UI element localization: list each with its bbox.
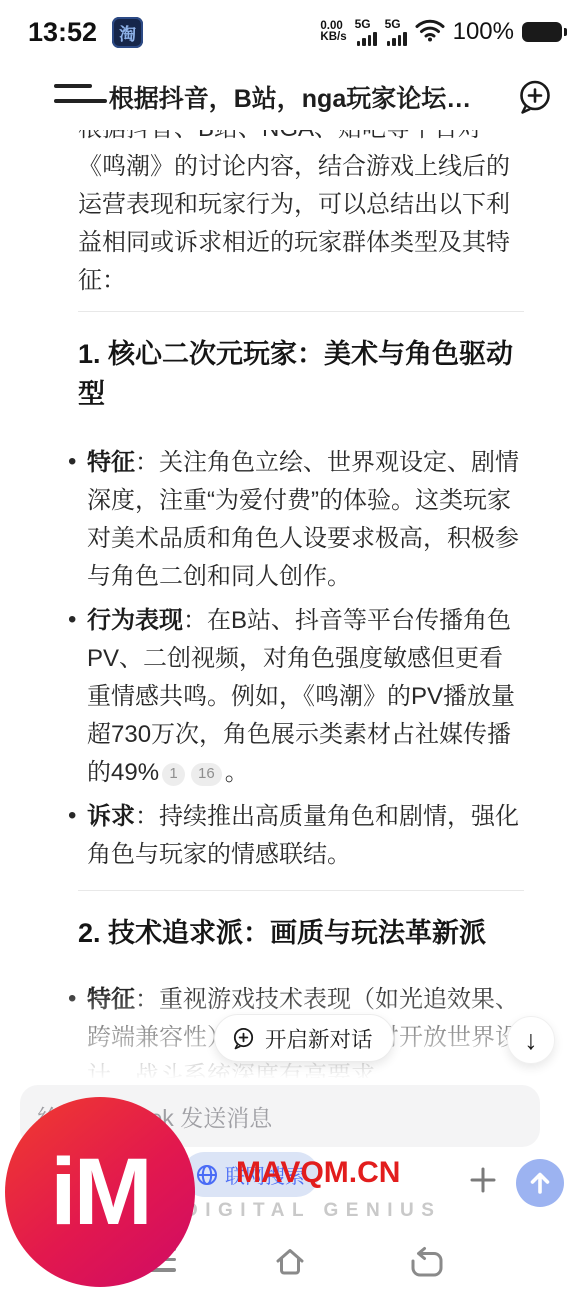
sim2-label: 5G: [385, 19, 401, 30]
logo-text: iM: [50, 1138, 150, 1247]
sim1-signal: 5G: [355, 19, 377, 46]
section-divider: [78, 311, 524, 312]
section2-heading: 2. 技术追求派：画质与玩法革新派: [78, 913, 524, 953]
new-conversation-label: 开启新对话: [265, 1023, 373, 1054]
bullet-text: ：关注角色立绘、世界观设定、剧情深度，注重“为爱付费”的体验。这类玩家对美术品质…: [87, 449, 519, 590]
new-chat-icon[interactable]: [514, 76, 556, 118]
bullet-label: 行为表现: [87, 607, 183, 634]
bullet-label: 特征: [87, 986, 135, 1013]
speed-unit: KB/s: [320, 31, 346, 43]
nav-back-button[interactable]: [407, 1245, 445, 1288]
down-arrow-icon: ↓: [524, 1025, 538, 1056]
section1-heading: 1. 核心二次元玩家：美术与角色驱动型: [78, 334, 524, 414]
list-item: 特征：关注角色立绘、世界观设定、剧情深度，注重“为爱付费”的体验。这类玩家对美术…: [60, 444, 524, 596]
app-header: 根据抖音，B站，nga玩家论坛…: [0, 64, 580, 130]
section1-list: 特征：关注角色立绘、世界观设定、剧情深度，注重“为爱付费”的体验。这类玩家对美术…: [60, 444, 524, 874]
attach-plus-button[interactable]: [466, 1163, 500, 1197]
chat-plus-icon: [230, 1025, 257, 1052]
intro-paragraph: 根据抖音、B站、NGA、贴吧等平台对《鸣潮》的讨论内容，结合游戏上线后的运营表现…: [78, 110, 524, 300]
chat-response: 根据抖音、B站、NGA、贴吧等平台对《鸣潮》的讨论内容，结合游戏上线后的运营表现…: [0, 110, 580, 1078]
section-divider: [78, 890, 524, 891]
back-icon: [407, 1245, 445, 1283]
bullet-text: ：持续推出高质量角色和剧情，强化角色与玩家的情感联结。: [87, 803, 519, 868]
list-item: 诉求：持续推出高质量角色和剧情，强化角色与玩家的情感联结。: [60, 798, 524, 874]
bullet-text-suffix: 。: [225, 759, 249, 786]
taobao-notification-icon: 淘: [112, 17, 143, 48]
plus-icon: [466, 1163, 500, 1197]
phone-screen: 根据抖音、B站、NGA、贴吧等平台对《鸣潮》的讨论内容，结合游戏上线后的运营表现…: [0, 0, 580, 1289]
scroll-to-bottom-button[interactable]: ↓: [507, 1016, 555, 1064]
battery-icon: [522, 22, 562, 42]
battery-percent: 100%: [453, 18, 514, 46]
site-watermark: MAVQM.CN: [236, 1156, 400, 1190]
send-button[interactable]: [516, 1159, 564, 1207]
list-item: 行为表现：在B站、抖音等平台传播角色PV、二创视频，对角色强度敏感但更看重情感共…: [60, 602, 524, 792]
home-icon: [270, 1242, 310, 1282]
wifi-icon: [415, 18, 445, 47]
bullet-label: 特征: [87, 449, 135, 476]
tagline-watermark: DIGITAL GENIUS: [184, 1200, 441, 1222]
citation-badge[interactable]: 16: [191, 763, 222, 786]
sim2-signal: 5G: [385, 19, 407, 46]
sim1-label: 5G: [355, 19, 371, 30]
citation-badge[interactable]: 1: [162, 763, 185, 786]
status-indicators: 0.00KB/s 5G 5G 100%: [320, 18, 562, 47]
clock: 13:52: [28, 17, 97, 48]
bullet-label: 诉求: [87, 803, 135, 830]
speed-value: 0.00: [320, 20, 342, 32]
chat-title: 根据抖音，B站，nga玩家论坛…: [100, 79, 480, 115]
nav-home-button[interactable]: [270, 1242, 310, 1287]
status-bar: 13:52 淘 0.00KB/s 5G 5G 100%: [0, 0, 580, 64]
new-conversation-button[interactable]: 开启新对话: [214, 1014, 394, 1062]
network-speed: 0.00KB/s: [320, 21, 346, 44]
signal-bars-icon: [357, 32, 377, 46]
globe-icon: [196, 1164, 218, 1186]
signal-bars-icon: [387, 32, 407, 46]
im-watermark-logo: iM: [5, 1097, 195, 1287]
up-arrow-icon: [516, 1159, 564, 1207]
